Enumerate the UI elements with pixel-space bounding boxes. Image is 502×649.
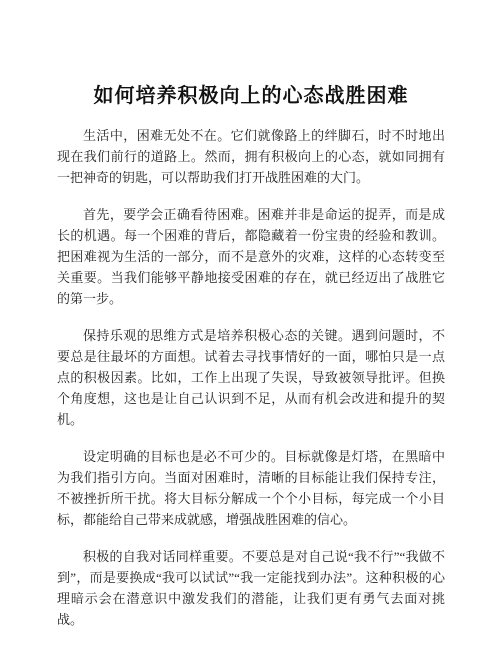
paragraph-optimistic-thinking: 保持乐观的思维方式是培养积极心态的关键。遇到问题时，不要总是往最坏的方面想。试着…	[57, 325, 445, 430]
paragraph-intro: 生活中，困难无处不在。它们就像路上的绊脚石，时不时地出现在我们前行的道路上。然而…	[57, 125, 445, 188]
paragraph-view-difficulty: 首先，要学会正确看待困难。困难并非是命运的捉弄，而是成长的机遇。每一个困难的背后…	[57, 204, 445, 309]
paragraph-set-goals: 设定明确的目标也是必不可少的。目标就像是灯塔，在黑暗中为我们指引方向。当面对困难…	[57, 446, 445, 530]
document-title: 如何培养积极向上的心态战胜困难	[57, 82, 445, 110]
paragraph-positive-self-talk: 积极的自我对话同样重要。不要总是对自己说“我不行”“我做不到”，而是要换成“我可…	[57, 546, 445, 630]
document-body: 生活中，困难无处不在。它们就像路上的绊脚石，时不时地出现在我们前行的道路上。然而…	[57, 125, 445, 630]
document-page: 如何培养积极向上的心态战胜困难 生活中，困难无处不在。它们就像路上的绊脚石，时不…	[0, 0, 502, 649]
